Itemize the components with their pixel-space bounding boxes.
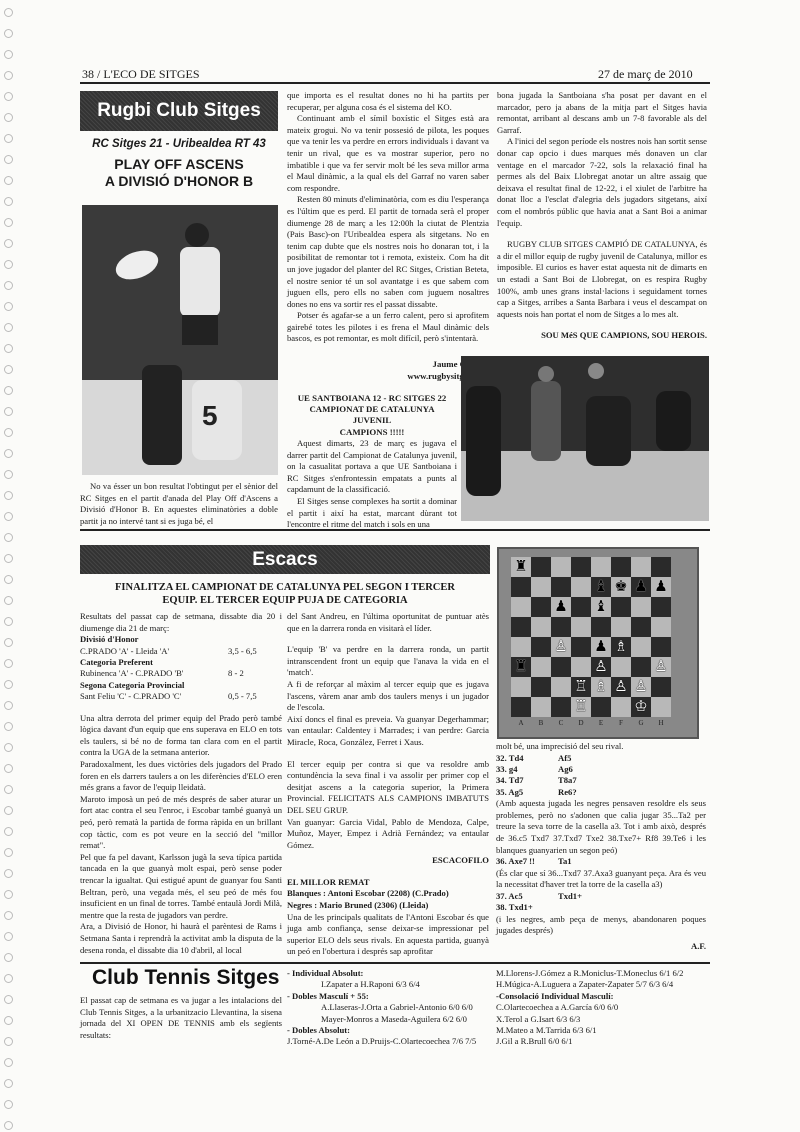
board-square: ♟ bbox=[651, 577, 671, 597]
escacs-headline: FINALITZA EL CAMPIONAT DE CATALUNYA PEL … bbox=[80, 581, 490, 607]
board-square bbox=[651, 677, 671, 697]
board-file-label: D bbox=[571, 719, 591, 731]
binder-hole bbox=[4, 239, 13, 248]
move-row: 37. Ac5Txd1+ bbox=[496, 891, 706, 902]
chess-board: ♜♝♚♟♟♟♝♙♟♗♜♙♙♖♗♙♙♖♔ ABCDEFGH bbox=[497, 547, 699, 739]
binder-hole bbox=[4, 743, 13, 752]
rugby-banner: Rugbi Club Sitges bbox=[80, 91, 278, 131]
board-file-label: B bbox=[531, 719, 551, 731]
board-square: ♜ bbox=[511, 557, 531, 577]
binder-hole bbox=[4, 722, 13, 731]
chess-piece-wb-icon: ♗ bbox=[594, 680, 607, 695]
binder-hole bbox=[4, 281, 13, 290]
paragraph: RUGBY CLUB SITGES CAMPIÓ DE CATALUNYA, é… bbox=[497, 239, 707, 320]
move-row: 34. Td7T8a7 bbox=[496, 775, 706, 786]
rugby-article-col2: que importa es el resultat dones no hi h… bbox=[287, 90, 489, 382]
white-move: 35. Ag5 bbox=[496, 787, 558, 798]
binder-hole bbox=[4, 785, 13, 794]
juvenil-title-line: CAMPIONAT DE CATALUNYA bbox=[287, 404, 457, 415]
table-row: Sant Feliu 'C' - C.PRADO 'C'0,5 - 7,5 bbox=[80, 691, 257, 702]
board-square bbox=[531, 637, 551, 657]
board-square: ♟ bbox=[591, 637, 611, 657]
white-move: 34. Td7 bbox=[496, 775, 558, 786]
binder-hole bbox=[4, 1121, 13, 1130]
binder-hole bbox=[4, 92, 13, 101]
rugby-lineout-photo: 5 bbox=[82, 205, 278, 475]
move-note: (És clar que sí 36...Txd7 37.Axa3 guanya… bbox=[496, 868, 706, 891]
result-category: - Dobles Absolut: bbox=[287, 1025, 492, 1036]
board-square bbox=[571, 557, 591, 577]
chess-piece-wk-icon: ♔ bbox=[634, 700, 647, 715]
binder-hole bbox=[4, 869, 13, 878]
signature: ESCACOFILO bbox=[287, 855, 489, 867]
result-score: 3,5 - 6,5 bbox=[228, 646, 257, 657]
board-square bbox=[591, 557, 611, 577]
board-square bbox=[631, 597, 651, 617]
board-square: ♗ bbox=[591, 677, 611, 697]
black-move: Re6? bbox=[558, 787, 577, 798]
board-square bbox=[611, 657, 631, 677]
binder-hole bbox=[4, 1037, 13, 1046]
binder-hole bbox=[4, 29, 13, 38]
board-square bbox=[571, 637, 591, 657]
paragraph: Paradoxalment, les dues victòries dels j… bbox=[80, 759, 282, 794]
move-note: (i les negres, amb peça de menys, abando… bbox=[496, 914, 706, 937]
board-square bbox=[551, 617, 571, 637]
moves-list: 37. Ac5Txd1+ 38. Txd1+ bbox=[496, 891, 706, 914]
escacs-banner: Escacs bbox=[80, 545, 490, 574]
paragraph: que importa es el resultat dones no hi h… bbox=[287, 90, 489, 113]
rugby-article-col3: bona jugada la Santboiana s'ha posat per… bbox=[497, 90, 707, 342]
move-row: 36. Axe7 !!Ta1 bbox=[496, 856, 706, 867]
board-file-label: F bbox=[611, 719, 631, 731]
binder-hole bbox=[4, 575, 13, 584]
paragraph: El Sitges sense complexes ha sortit a do… bbox=[287, 496, 457, 531]
result-line: J.Gil a R.Brull 6/0 6/1 bbox=[496, 1036, 708, 1047]
paragraph: Maroto imposà un peó de més després de s… bbox=[80, 794, 282, 852]
binder-hole bbox=[4, 554, 13, 563]
binder-hole bbox=[4, 155, 13, 164]
binder-hole bbox=[4, 323, 13, 332]
binder-hole bbox=[4, 218, 13, 227]
tennis-intro: El passat cap de setmana es va jugar a l… bbox=[80, 995, 282, 1041]
paragraph: Així doncs el final es preveia. Va guany… bbox=[287, 714, 489, 749]
chess-piece-bb-icon: ♝ bbox=[594, 600, 607, 615]
binder-hole bbox=[4, 470, 13, 479]
paragraph: molt bé, una imprecisió del seu rival. bbox=[496, 741, 706, 753]
board-square bbox=[611, 597, 631, 617]
website-link[interactable]: www.rugbysitges.com bbox=[287, 371, 489, 383]
black-move: T8a7 bbox=[558, 775, 577, 786]
board-square: ♙ bbox=[591, 657, 611, 677]
juvenil-headline: UE SANTBOIANA 12 - RC SITGES 22 CAMPIONA… bbox=[287, 393, 457, 438]
board-square bbox=[511, 597, 531, 617]
black-move: Ta1 bbox=[558, 856, 572, 867]
tennis-banner: Club Tennis Sitges bbox=[92, 966, 279, 990]
headline-line-2: A DIVISIÓ D'HONOR B bbox=[80, 173, 278, 190]
result-line: A.Llaseras-J.Orta a Gabriel-Antonio 6/0 … bbox=[287, 1002, 492, 1013]
paragraph: Ara, a Divisió de Honor, hi haurà el par… bbox=[80, 921, 282, 956]
board-square: ♟ bbox=[551, 597, 571, 617]
board-square: ♖ bbox=[571, 677, 591, 697]
board-square bbox=[571, 657, 591, 677]
result-line: I.Zapater a H.Raponi 6/3 6/4 bbox=[287, 979, 492, 990]
chess-piece-wp-icon: ♙ bbox=[594, 660, 607, 675]
result-match: C.PRADO 'A' - Lleida 'A' bbox=[80, 646, 228, 657]
chess-piece-bp-icon: ♟ bbox=[594, 640, 607, 655]
board-square bbox=[531, 657, 551, 677]
board-square bbox=[511, 577, 531, 597]
binder-hole bbox=[4, 680, 13, 689]
chess-piece-wb-icon: ♗ bbox=[614, 640, 627, 655]
board-square bbox=[531, 677, 551, 697]
svg-text:5: 5 bbox=[202, 400, 218, 431]
chess-piece-bp-icon: ♟ bbox=[554, 600, 567, 615]
escacs-col2: del Sant Andreu, en l'última oportunitat… bbox=[287, 611, 489, 958]
result-line: C.Olartecoechea a A.García 6/0 6/0 bbox=[496, 1002, 708, 1013]
binder-hole bbox=[4, 890, 13, 899]
paragraph: del Sant Andreu, en l'última oportunitat… bbox=[287, 611, 489, 634]
closing-line: SOU MéS QUE CAMPIONS, SOU HEROIS. bbox=[497, 330, 707, 342]
board-file-label: E bbox=[591, 719, 611, 731]
board-file-labels: ABCDEFGH bbox=[511, 719, 671, 731]
board-file-label: C bbox=[551, 719, 571, 731]
binder-hole bbox=[4, 1079, 13, 1088]
binder-hole bbox=[4, 995, 13, 1004]
board-square bbox=[571, 577, 591, 597]
paragraph: Aquest dimarts, 23 de març es jugava el … bbox=[287, 438, 457, 496]
board-square bbox=[551, 577, 571, 597]
chess-piece-br-icon: ♜ bbox=[514, 560, 527, 575]
binder-hole bbox=[4, 491, 13, 500]
board-square bbox=[531, 577, 551, 597]
board-square bbox=[571, 617, 591, 637]
paragraph: Potser és agafar-se a un ferro calent, p… bbox=[287, 310, 489, 345]
board-square: ♟ bbox=[631, 577, 651, 597]
white-move: 33. g4 bbox=[496, 764, 558, 775]
board-square bbox=[591, 697, 611, 717]
paragraph: Pel que fa pel davant, Karlsson jugà la … bbox=[80, 852, 282, 922]
escacs-col3: molt bé, una imprecisió del seu rival. 3… bbox=[496, 741, 706, 952]
binder-hole bbox=[4, 113, 13, 122]
result-category: -Consolació Individual Masculí: bbox=[496, 991, 708, 1002]
binder-hole bbox=[4, 512, 13, 521]
board-square bbox=[651, 637, 671, 657]
binder-hole bbox=[4, 197, 13, 206]
paragraph: Resten 80 minuts d'eliminatòria, com es … bbox=[287, 194, 489, 310]
binder-hole bbox=[4, 365, 13, 374]
board-square bbox=[531, 697, 551, 717]
black-move: Ag6 bbox=[558, 764, 573, 775]
move-row: 33. g4Ag6 bbox=[496, 764, 706, 775]
initials: A.F. bbox=[496, 941, 706, 953]
binder-hole bbox=[4, 806, 13, 815]
result-line: M.Llorens-J.Gómez a R.Moniclus-T.Moneclu… bbox=[496, 968, 708, 979]
rugby-juvenil-photo bbox=[461, 356, 709, 521]
rugby-intro: No va ésser un bon resultat l'obtingut p… bbox=[80, 481, 278, 527]
binder-hole bbox=[4, 50, 13, 59]
paragraph: Una altra derrota del primer equip del P… bbox=[80, 713, 282, 759]
board-square bbox=[651, 557, 671, 577]
chess-piece-wr-icon: ♖ bbox=[574, 700, 587, 715]
result-line: H.Múgica-A.Luguera a Zapater-Zapater 5/7… bbox=[496, 979, 708, 990]
binder-hole bbox=[4, 827, 13, 836]
white-move: 36. Axe7 !! bbox=[496, 856, 558, 867]
white-player: Blanques : Antoni Escobar (2208) (C.Prad… bbox=[287, 888, 489, 900]
chess-piece-bp-icon: ♟ bbox=[654, 580, 667, 595]
paragraph: A l'inici del segon període els nostres … bbox=[497, 136, 707, 229]
board-square bbox=[531, 557, 551, 577]
result-match: Sant Feliu 'C' - C.PRADO 'C' bbox=[80, 691, 228, 702]
result-line: Mayer-Monros a Maseda-Aguilera 6/2 6/0 bbox=[287, 1014, 492, 1025]
results-intro: Resultats del passat cap de setmana, dis… bbox=[80, 611, 282, 634]
board-square bbox=[511, 637, 531, 657]
board-square: ♙ bbox=[631, 677, 651, 697]
moves-list: 32. Td4Af5 33. g4Ag6 34. Td7T8a7 35. Ag5… bbox=[496, 753, 706, 799]
binder-hole bbox=[4, 659, 13, 668]
board-square bbox=[631, 617, 651, 637]
tennis-results-col3: M.Llorens-J.Gómez a R.Moniclus-T.Moneclu… bbox=[496, 968, 708, 1048]
result-match: Rubinenca 'A' - C.PRADO 'B' bbox=[80, 668, 228, 679]
board-square bbox=[611, 617, 631, 637]
board-square: ♔ bbox=[631, 697, 651, 717]
binder-hole bbox=[4, 533, 13, 542]
board-square bbox=[651, 697, 671, 717]
author: Jaume Cosialls bbox=[287, 359, 489, 371]
binder-hole bbox=[4, 953, 13, 962]
board-square: ♚ bbox=[611, 577, 631, 597]
headline-line: FINALITZA EL CAMPIONAT DE CATALUNYA PEL … bbox=[80, 581, 490, 594]
board-square bbox=[651, 597, 671, 617]
binder-hole bbox=[4, 764, 13, 773]
chess-piece-wp-icon: ♙ bbox=[634, 680, 647, 695]
board-square bbox=[551, 657, 571, 677]
headline-line: EQUIP. EL TERCER EQUIP PUJA DE CATEGORIA bbox=[80, 594, 490, 607]
binder-hole bbox=[4, 1016, 13, 1025]
binder-hole bbox=[4, 302, 13, 311]
binder-hole bbox=[4, 386, 13, 395]
black-move: Txd1+ bbox=[558, 891, 582, 902]
result-line: M.Mateo a M.Tarrida 6/3 6/1 bbox=[496, 1025, 708, 1036]
binder-hole bbox=[4, 596, 13, 605]
juvenil-article: Aquest dimarts, 23 de març es jugava el … bbox=[287, 438, 457, 531]
white-move: 32. Td4 bbox=[496, 753, 558, 764]
moves-list: 36. Axe7 !!Ta1 bbox=[496, 856, 706, 867]
tennis-results-col2: - Individual Absolut:I.Zapater a H.Rapon… bbox=[287, 968, 492, 1048]
chess-piece-bp-icon: ♟ bbox=[634, 580, 647, 595]
paragraph: Continuant amb el símil boxístic el Sitg… bbox=[287, 113, 489, 194]
paragraph: A fi de reforçar al màxim al tercer equi… bbox=[287, 679, 489, 714]
result-line: J.Torné-A.De León a D.Pruijs-C.Olartecoe… bbox=[287, 1036, 492, 1047]
black-player: Negres : Mario Bruned (2306) (Lleida) bbox=[287, 900, 489, 912]
white-move: 37. Ac5 bbox=[496, 891, 558, 902]
board-square: ♙ bbox=[611, 677, 631, 697]
chess-piece-wp-icon: ♙ bbox=[654, 660, 667, 675]
white-move: 38. Txd1+ bbox=[496, 902, 558, 913]
move-row: 35. Ag5Re6? bbox=[496, 787, 706, 798]
paragraph: El tercer equip per contra si que va res… bbox=[287, 759, 489, 817]
section-divider bbox=[80, 529, 710, 531]
board-square bbox=[611, 557, 631, 577]
juvenil-title-line: CAMPIONS !!!!! bbox=[287, 427, 457, 438]
board-square: ♖ bbox=[571, 697, 591, 717]
binder-hole bbox=[4, 617, 13, 626]
binder-hole bbox=[4, 176, 13, 185]
binder-hole bbox=[4, 638, 13, 647]
binder-hole bbox=[4, 71, 13, 80]
board-square bbox=[511, 677, 531, 697]
result-line: X.Terol a G.Isart 6/3 6/3 bbox=[496, 1014, 708, 1025]
move-row: 38. Txd1+ bbox=[496, 902, 706, 913]
board-square bbox=[611, 697, 631, 717]
board-square bbox=[511, 617, 531, 637]
chess-board-grid: ♜♝♚♟♟♟♝♙♟♗♜♙♙♖♗♙♙♖♔ bbox=[511, 557, 671, 717]
binder-hole bbox=[4, 701, 13, 710]
paragraph: Van guanyar: Garcia Vidal, Pablo de Mend… bbox=[287, 817, 489, 852]
escacs-col1: Resultats del passat cap de setmana, dis… bbox=[80, 611, 282, 956]
issue-date: 27 de març de 2010 bbox=[598, 67, 693, 82]
header-rule bbox=[80, 82, 710, 84]
paragraph: Una de les principals qualitats de l'Ant… bbox=[287, 912, 489, 958]
board-square: ♝ bbox=[591, 577, 611, 597]
page-label: 38 / L'ECO DE SITGES bbox=[82, 67, 200, 82]
board-square bbox=[591, 617, 611, 637]
binder-hole bbox=[4, 344, 13, 353]
binder-hole bbox=[4, 449, 13, 458]
binder-hole bbox=[4, 407, 13, 416]
result-category: - Dobles Masculí + 55: bbox=[287, 991, 492, 1002]
remat-title: EL MILLOR REMAT bbox=[287, 877, 489, 889]
juvenil-title-line: JUVENIL bbox=[287, 415, 457, 426]
board-square bbox=[631, 557, 651, 577]
results-table: Divisió d'Honor C.PRADO 'A' - Lleida 'A'… bbox=[80, 634, 257, 702]
binder-hole bbox=[4, 260, 13, 269]
board-square bbox=[631, 657, 651, 677]
result-category: - Individual Absolut: bbox=[287, 968, 492, 979]
board-square bbox=[531, 617, 551, 637]
chess-piece-bk-icon: ♚ bbox=[614, 580, 627, 595]
table-row: Rubinenca 'A' - C.PRADO 'B'8 - 2 bbox=[80, 668, 257, 679]
board-square bbox=[651, 617, 671, 637]
board-square: ♝ bbox=[591, 597, 611, 617]
binder-hole bbox=[4, 932, 13, 941]
paragraph: bona jugada la Santboiana s'ha posat per… bbox=[497, 90, 707, 136]
board-file-label: H bbox=[651, 719, 671, 731]
binder-hole bbox=[4, 8, 13, 17]
result-score: 0,5 - 7,5 bbox=[228, 691, 257, 702]
binder-hole bbox=[4, 848, 13, 857]
board-square bbox=[551, 677, 571, 697]
result-category: Segona Categoria Provincial bbox=[80, 680, 257, 691]
chess-piece-br-icon: ♜ bbox=[514, 660, 527, 675]
move-note: (Amb aquesta jugada les negres pensaven … bbox=[496, 798, 706, 856]
binder-hole bbox=[4, 134, 13, 143]
chess-piece-bb-icon: ♝ bbox=[594, 580, 607, 595]
board-square bbox=[531, 597, 551, 617]
binder-holes bbox=[2, 0, 16, 1132]
binder-hole bbox=[4, 1058, 13, 1067]
rugby-headline: PLAY OFF ASCENS A DIVISIÓ D'HONOR B bbox=[80, 156, 278, 190]
board-square: ♙ bbox=[551, 637, 571, 657]
result-category: Divisió d'Honor bbox=[80, 634, 257, 645]
headline-line-1: PLAY OFF ASCENS bbox=[80, 156, 278, 173]
board-file-label: G bbox=[631, 719, 651, 731]
chess-piece-wr-icon: ♖ bbox=[574, 680, 587, 695]
board-square bbox=[511, 697, 531, 717]
board-square: ♜ bbox=[511, 657, 531, 677]
board-square bbox=[571, 597, 591, 617]
chess-piece-wp-icon: ♙ bbox=[554, 640, 567, 655]
rugby-score-line: RC Sitges 21 - Uribealdea RT 43 bbox=[80, 138, 278, 150]
binder-hole bbox=[4, 428, 13, 437]
chess-piece-wp-icon: ♙ bbox=[614, 680, 627, 695]
board-square bbox=[631, 637, 651, 657]
table-row: C.PRADO 'A' - Lleida 'A'3,5 - 6,5 bbox=[80, 646, 257, 657]
result-score: 8 - 2 bbox=[228, 668, 257, 679]
paragraph: L'equip 'B' va perdre en la darrera rond… bbox=[287, 644, 489, 679]
board-square: ♙ bbox=[651, 657, 671, 677]
binder-hole bbox=[4, 911, 13, 920]
board-square: ♗ bbox=[611, 637, 631, 657]
black-move: Af5 bbox=[558, 753, 571, 764]
move-row: 32. Td4Af5 bbox=[496, 753, 706, 764]
section-divider bbox=[80, 962, 710, 964]
board-file-label: A bbox=[511, 719, 531, 731]
board-square bbox=[551, 557, 571, 577]
binder-hole bbox=[4, 974, 13, 983]
result-category: Categoria Preferent bbox=[80, 657, 257, 668]
binder-hole bbox=[4, 1100, 13, 1109]
juvenil-title-line: UE SANTBOIANA 12 - RC SITGES 22 bbox=[287, 393, 457, 404]
board-square bbox=[551, 697, 571, 717]
